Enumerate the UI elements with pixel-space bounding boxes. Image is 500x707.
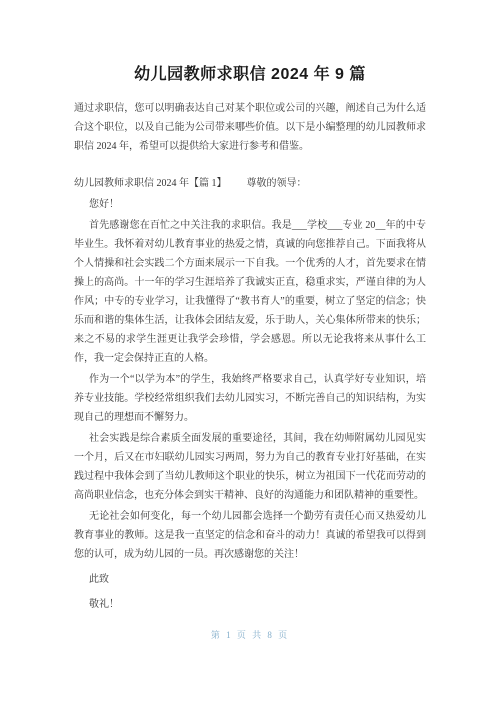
document-page: 幼儿园教师求职信 2024 年 9 篇 通过求职信，您可以明确表达自己对某个职位…	[74, 0, 426, 645]
closing-salute: 敬礼！	[74, 595, 426, 614]
closing-respect: 此致	[74, 570, 426, 589]
page-footer: 第 1 页 共 8 页	[74, 626, 426, 645]
section-heading: 幼儿园教师求职信 2024 年【篇 1】	[74, 178, 227, 189]
body-paragraph-4: 无论社会如何变化，每一个幼儿园都会选择一个勤劳有责任心而又热爱幼儿教育事业的教师…	[74, 507, 426, 564]
body-paragraph-2: 作为一个“以学为本”的学生，我始终严格要求自己，认真学好专业知识，培养专业技能。…	[74, 370, 426, 427]
page-number-indicator: 第 1 页 共 8 页	[211, 630, 289, 640]
salutation: 尊敬的领导：	[247, 178, 307, 189]
greeting: 您好！	[74, 195, 426, 214]
intro-paragraph: 通过求职信，您可以明确表达自己对某个职位或公司的兴趣，阐述自己为什么适合这个职位…	[74, 99, 426, 156]
body-paragraph-3: 社会实践是综合素质全面发展的重要途径，其间，我在幼师附属幼儿园见实一个月，后又在…	[74, 429, 426, 505]
body-paragraph-1: 首先感谢您在百忙之中关注我的求职信。我是___学校___专业 20__年的中专毕…	[74, 216, 426, 368]
section-heading-line: 幼儿园教师求职信 2024 年【篇 1】尊敬的领导：	[74, 174, 426, 193]
document-title: 幼儿园教师求职信 2024 年 9 篇	[74, 64, 426, 86]
